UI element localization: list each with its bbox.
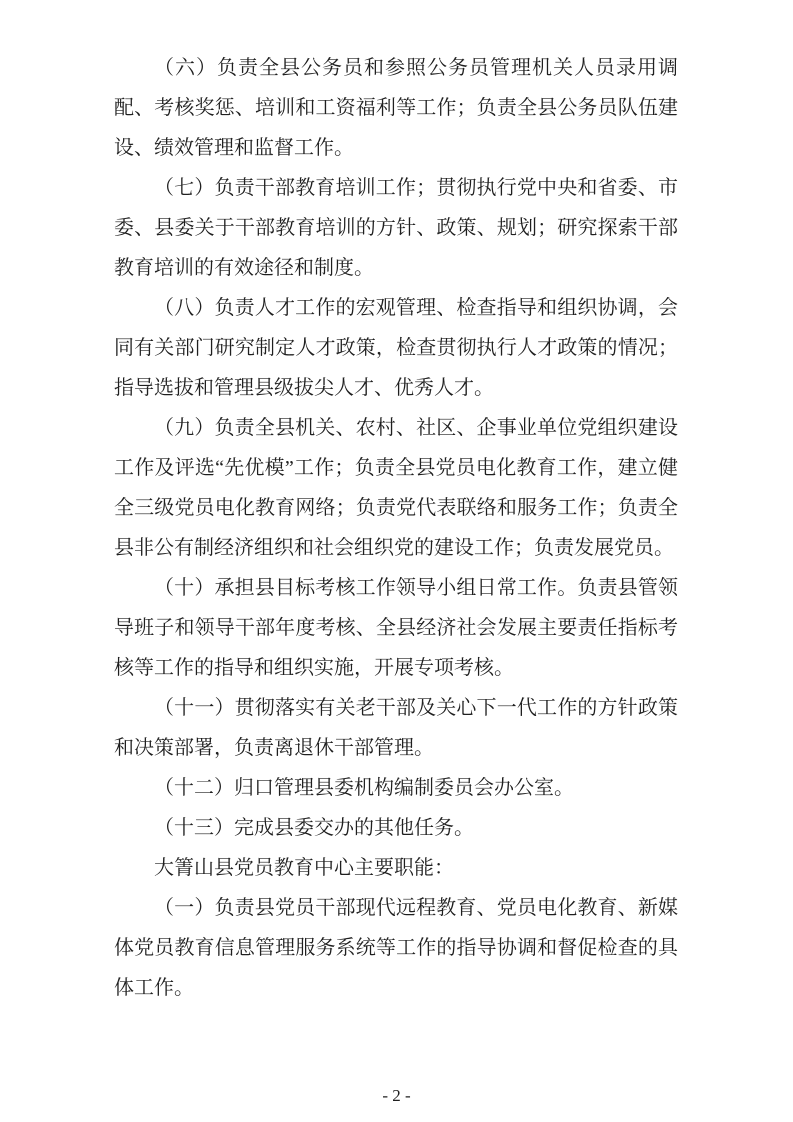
document-body: （六）负责全县公务员和参照公务员管理机关人员录用调配、考核奖惩、培训和工资福利等…: [114, 48, 678, 1008]
paragraph-duty-10: （十）承担县目标考核工作领导小组日常工作。负责县管领导班子和领导干部年度考核、全…: [114, 568, 678, 688]
section-heading: 大箐山县党员教育中心主要职能：: [114, 848, 678, 888]
paragraph-duty-9: （九）负责全县机关、农村、社区、企事业单位党组织建设工作及评选“先优模”工作；负…: [114, 408, 678, 568]
paragraph-center-duty-1: （一）负责县党员干部现代远程教育、党员电化教育、新媒体党员教育信息管理服务系统等…: [114, 888, 678, 1008]
paragraph-duty-11: （十一）贯彻落实有关老干部及关心下一代工作的方针政策和决策部署，负责离退休干部管…: [114, 688, 678, 768]
paragraph-duty-6: （六）负责全县公务员和参照公务员管理机关人员录用调配、考核奖惩、培训和工资福利等…: [114, 48, 678, 168]
paragraph-duty-8: （八）负责人才工作的宏观管理、检查指导和组织协调，会同有关部门研究制定人才政策，…: [114, 288, 678, 408]
document-page: （六）负责全县公务员和参照公务员管理机关人员录用调配、考核奖惩、培训和工资福利等…: [0, 0, 793, 1122]
paragraph-duty-13: （十三）完成县委交办的其他任务。: [114, 808, 678, 848]
paragraph-duty-12: （十二）归口管理县委机构编制委员会办公室。: [114, 768, 678, 808]
paragraph-duty-7: （七）负责干部教育培训工作；贯彻执行党中央和省委、市委、县委关于干部教育培训的方…: [114, 168, 678, 288]
page-number: - 2 -: [0, 1086, 793, 1106]
